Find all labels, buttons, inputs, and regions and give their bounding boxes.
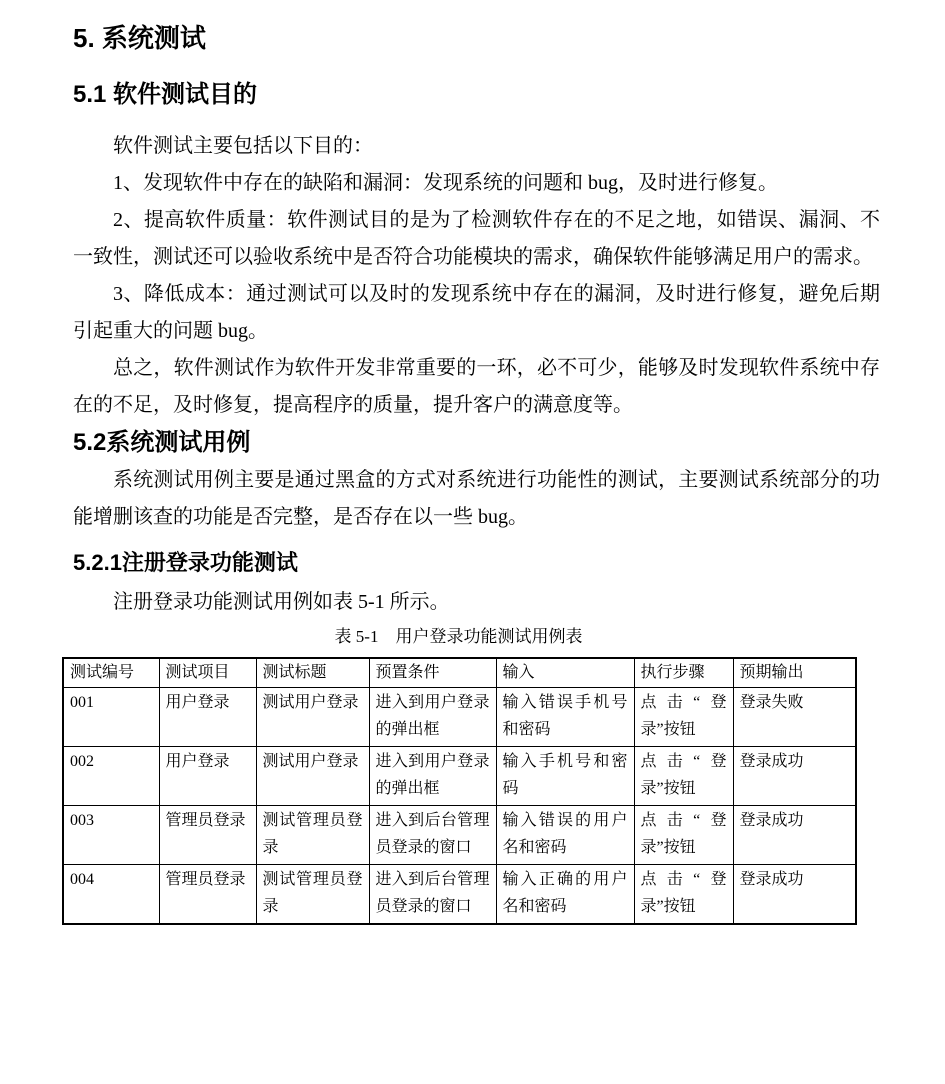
table-caption: 表 5-1 用户登录功能测试用例表	[62, 625, 855, 649]
cell-test-title: 测试管理员登录	[256, 865, 369, 925]
cell-input: 输入错误手机号和密码	[496, 688, 634, 747]
col-header-test-id: 测试编号	[63, 658, 159, 688]
cell-expected-output: 登录成功	[733, 806, 856, 865]
document-content: 5. 系统测试 5.1 软件测试目的 软件测试主要包括以下目的： 1、发现软件中…	[0, 0, 945, 925]
cell-input: 输入错误的用户名和密码	[496, 806, 634, 865]
heading-testing-purpose: 5.1 软件测试目的	[73, 78, 880, 112]
paragraph-table-intro: 注册登录功能测试用例如表 5-1 所示。	[73, 584, 880, 621]
cell-expected-output: 登录成功	[733, 747, 856, 806]
cell-steps: 点击“登录”按钮	[634, 806, 733, 865]
cell-test-id: 002	[63, 747, 159, 806]
cell-input: 输入手机号和密码	[496, 747, 634, 806]
cell-test-item: 用户登录	[159, 688, 256, 747]
paragraph-purpose-3: 3、降低成本：通过测试可以及时的发现系统中存在的漏洞，及时进行修复，避免后期引起…	[73, 276, 880, 350]
paragraph-purpose-intro: 软件测试主要包括以下目的：	[73, 128, 880, 165]
login-test-case-table: 测试编号 测试项目 测试标题 预置条件 输入 执行步骤 预期输出 001 用户登…	[62, 657, 857, 925]
table-row-001: 001 用户登录 测试用户登录 进入到用户登录的弹出框 输入错误手机号和密码 点…	[63, 688, 856, 747]
table-row-004: 004 管理员登录 测试管理员登录 进入到后台管理员登录的窗口 输入正确的用户名…	[63, 865, 856, 925]
table-row-002: 002 用户登录 测试用户登录 进入到用户登录的弹出框 输入手机号和密码 点击“…	[63, 747, 856, 806]
cell-precondition: 进入到用户登录的弹出框	[369, 747, 496, 806]
col-header-precondition: 预置条件	[369, 658, 496, 688]
col-header-expected-output: 预期输出	[733, 658, 856, 688]
cell-precondition: 进入到后台管理员登录的窗口	[369, 865, 496, 925]
cell-test-title: 测试用户登录	[256, 747, 369, 806]
cell-steps: 点击“登录”按钮	[634, 747, 733, 806]
col-header-input: 输入	[496, 658, 634, 688]
table-header-row: 测试编号 测试项目 测试标题 预置条件 输入 执行步骤 预期输出	[63, 658, 856, 688]
cell-precondition: 进入到用户登录的弹出框	[369, 688, 496, 747]
cell-steps: 点击“登录”按钮	[634, 688, 733, 747]
cell-input: 输入正确的用户名和密码	[496, 865, 634, 925]
cell-precondition: 进入到后台管理员登录的窗口	[369, 806, 496, 865]
cell-test-id: 004	[63, 865, 159, 925]
cell-test-item: 用户登录	[159, 747, 256, 806]
col-header-test-title: 测试标题	[256, 658, 369, 688]
cell-test-title: 测试用户登录	[256, 688, 369, 747]
heading-system-test: 5. 系统测试	[73, 20, 880, 56]
paragraph-purpose-2: 2、提高软件质量：软件测试目的是为了检测软件存在的不足之地，如错误、漏洞、不一致…	[73, 202, 880, 276]
col-header-steps: 执行步骤	[634, 658, 733, 688]
cell-test-item: 管理员登录	[159, 865, 256, 925]
cell-steps: 点击“登录”按钮	[634, 865, 733, 925]
table-row-003: 003 管理员登录 测试管理员登录 进入到后台管理员登录的窗口 输入错误的用户名…	[63, 806, 856, 865]
cell-test-title: 测试管理员登录	[256, 806, 369, 865]
cell-test-id: 003	[63, 806, 159, 865]
cell-expected-output: 登录失败	[733, 688, 856, 747]
heading-login-test: 5.2.1注册登录功能测试	[73, 548, 880, 578]
paragraph-purpose-1: 1、发现软件中存在的缺陷和漏洞：发现系统的问题和 bug，及时进行修复。	[73, 165, 880, 202]
document-page: 5. 系统测试 5.1 软件测试目的 软件测试主要包括以下目的： 1、发现软件中…	[0, 0, 945, 1084]
heading-test-cases: 5.2系统测试用例	[73, 426, 880, 460]
col-header-test-item: 测试项目	[159, 658, 256, 688]
cell-expected-output: 登录成功	[733, 865, 856, 925]
paragraph-test-cases-intro: 系统测试用例主要是通过黑盒的方式对系统进行功能性的测试，主要测试系统部分的功能增…	[73, 462, 880, 536]
paragraph-purpose-summary: 总之，软件测试作为软件开发非常重要的一环，必不可少，能够及时发现软件系统中存在的…	[73, 350, 880, 424]
cell-test-item: 管理员登录	[159, 806, 256, 865]
cell-test-id: 001	[63, 688, 159, 747]
